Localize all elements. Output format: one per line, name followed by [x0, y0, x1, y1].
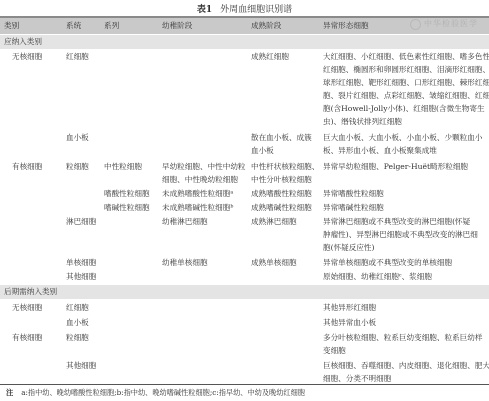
cell-mature: 成熟单核细胞: [251, 256, 297, 269]
cell-immature: 未成熟嗜碱性粒细胞ᵇ: [162, 201, 233, 214]
cell-series: 嗜碱性粒细胞: [104, 201, 150, 214]
cell-immature: 未成熟嗜酸性粒细胞ᵃ: [162, 187, 233, 200]
footnote-label: 注: [6, 388, 13, 397]
cell-mature: 成熟嗜酸性粒细胞: [251, 187, 312, 200]
section-band: [0, 35, 489, 49]
cell-abnormal: 肿瘤性)、异型淋巴细胞或不典型改变的淋巴细: [323, 228, 478, 241]
watermark: 中华检验医学: [410, 18, 478, 30]
cell-abnormal: 异常嗜酸性粒细胞: [323, 187, 384, 200]
cell-abnormal: 胞(怀疑反应性): [323, 241, 375, 254]
section-label: 应纳入类别: [4, 35, 42, 48]
watermark-text: 中华检验医学: [424, 19, 478, 28]
cell-abnormal: 原始细胞、幼稚红细胞ᶜ、浆细胞: [323, 270, 432, 283]
cell-category: 无核细胞: [12, 50, 42, 63]
cell-abnormal: 多分叶核粒细胞、粒系巨幼变细胞、粒系巨幼样: [323, 331, 482, 344]
cell-category: 无核细胞: [12, 301, 42, 314]
cell-abnormal: 其他异形红细胞: [323, 301, 376, 314]
cell-abnormal: 板、异形血小板、血小板聚集成堆: [323, 144, 437, 157]
cell-category: 有核细胞: [12, 160, 42, 173]
cell-immature: 幼稚淋巴细胞: [162, 215, 208, 228]
cell-system: 淋巴细胞: [66, 215, 96, 228]
table-caption: 外周血细胞识别谱: [220, 5, 292, 15]
section-band: [0, 285, 489, 299]
cell-abnormal: 异常嗜碱性粒细胞: [323, 201, 384, 214]
cell-abnormal: 其他异常血小板: [323, 316, 376, 329]
cell-abnormal: 异常单核细胞或不典型改变的单核细胞: [323, 256, 452, 269]
footnote-text: a:指中幼、晚幼嗜酸性粒细胞;b:指中幼、晚幼嗜碱性粒细胞;c:指早幼、中幼及晚…: [21, 388, 305, 397]
table-title: 表1外周血细胞识别谱: [0, 2, 489, 15]
cell-abnormal: 异常淋巴细胞或不典型改变的淋巴细胞(怀疑: [323, 215, 470, 228]
bottom-rule: [0, 384, 489, 385]
cell-mature: 中性分叶核粒细胞: [251, 173, 312, 186]
cell-abnormal: 胞、裂片红细胞、点彩红细胞、皱缩红细胞、红细: [323, 89, 489, 102]
cell-category: 有核细胞: [12, 331, 42, 344]
cell-mature: 成熟嗜碱性粒细胞: [251, 201, 312, 214]
cell-system: 粒细胞: [66, 160, 89, 173]
section-label: 后期需纳入类别: [4, 285, 57, 298]
table-footnote: 注a:指中幼、晚幼嗜酸性粒细胞;b:指中幼、晚幼嗜碱性粒细胞;c:指早幼、中幼及…: [6, 388, 305, 398]
cell-series: 嗜酸性粒细胞: [104, 187, 150, 200]
cell-abnormal: 虫)、缗钱状排列红细胞: [323, 115, 402, 128]
cell-system: 单核细胞: [66, 256, 96, 269]
cell-mature: 血小板: [251, 144, 274, 157]
col-header-series: 系列: [104, 19, 119, 32]
cell-mature: 散在血小板、成簇: [251, 131, 312, 144]
cell-abnormal: 巨大血小板、大血小板、小血小板、少颗粒血小: [323, 131, 482, 144]
cell-abnormal: 异常早幼粒细胞、Pelger-Huët畸形粒细胞: [323, 160, 468, 173]
cell-series: 中性粒细胞: [104, 160, 142, 173]
cell-immature: 幼稚单核细胞: [162, 256, 208, 269]
cell-immature: 早幼粒细胞、中性中幼粒: [162, 160, 246, 173]
watermark-logo-icon: [410, 19, 421, 30]
cell-abnormal: 巨核细胞、吞噬细胞、内皮细胞、退化细胞、肥大: [323, 359, 489, 372]
table-number: 表1: [197, 5, 212, 15]
cell-system: 血小板: [66, 316, 89, 329]
col-header-system: 系统: [66, 19, 81, 32]
cell-mature: 成熟红细胞: [251, 50, 289, 63]
cell-mature: 成熟淋巴细胞: [251, 215, 297, 228]
cell-system: 其他细胞: [66, 359, 96, 372]
cell-system: 其他细胞: [66, 270, 96, 283]
cell-abnormal: 红细胞、椭圆形和卵圆形红细胞、泪滴形红细胞、: [323, 63, 489, 76]
col-header-immature: 幼稚阶段: [162, 19, 192, 32]
cell-abnormal: 球形红细胞、靶形红细胞、口形红细胞、棘形红细: [323, 76, 489, 89]
cell-system: 粒细胞: [66, 331, 89, 344]
cell-system: 红细胞: [66, 50, 89, 63]
col-header-mature: 成熟阶段: [251, 19, 281, 32]
cell-system: 血小板: [66, 131, 89, 144]
cell-mature: 中性杆状核粒细胞、: [251, 160, 319, 173]
col-header-abnormal: 异常形态细胞: [323, 19, 369, 32]
cell-abnormal: 大红细胞、小红细胞、低色素性红细胞、嗜多色性: [323, 50, 489, 63]
cell-immature: 细胞、中性晚幼粒细胞: [162, 173, 238, 186]
cell-system: 红细胞: [66, 301, 89, 314]
cell-abnormal: 胞(含Howell-Jolly小体)、红细胞(含微生物寄生: [323, 102, 485, 115]
col-header-category: 类别: [4, 19, 19, 32]
cell-abnormal: 变细胞: [323, 344, 346, 357]
